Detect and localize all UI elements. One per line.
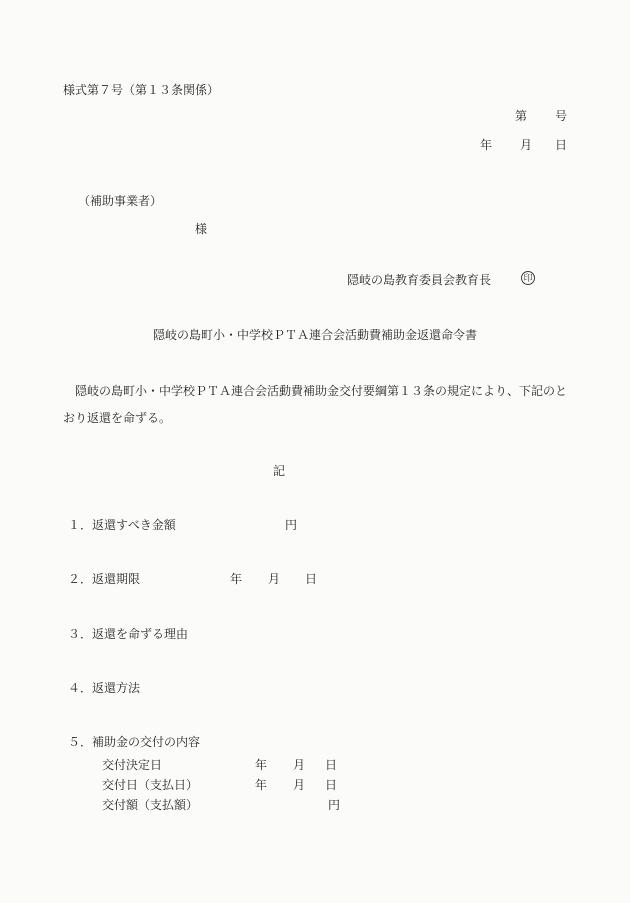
document-page: 様式第７号（第１３条関係） 第 号 年 月 日 （補助事業者） 様 隠岐の島教育… [0, 0, 630, 903]
item-2-year-label: 年 [230, 571, 242, 587]
sub-item-decision-year-label: 年 [255, 757, 267, 773]
sub-item-decision-date-label: 交付決定日 [102, 757, 162, 773]
sub-item-decision-month-label: 月 [293, 757, 305, 773]
issue-date-year-label: 年 [480, 137, 492, 153]
issue-date-day-label: 日 [555, 137, 567, 153]
item-5-label: ５．補助金の交付の内容 [68, 734, 200, 750]
issuer-title: 隠岐の島教育委員会教育長 [347, 272, 491, 288]
item-2-month-label: 月 [268, 571, 280, 587]
doc-number-suffix: 号 [555, 108, 567, 124]
record-heading: 記 [0, 463, 594, 479]
sub-item-amount-yen-label: 円 [328, 797, 340, 813]
sub-item-payment-month-label: 月 [293, 777, 305, 793]
form-number: 様式第７号（第１３条関係） [63, 82, 219, 98]
doc-number-prefix: 第 [515, 108, 527, 124]
item-1-yen-label: 円 [285, 517, 297, 533]
body-paragraph-line-1: 隠岐の島町小・中学校ＰＴＡ連合会活動費補助金交付要綱第１３条の規定により、下記の… [63, 383, 567, 399]
recipient-placeholder-label: （補助事業者） [78, 193, 162, 209]
seal-icon: 印 [521, 271, 535, 285]
issue-date-month-label: 月 [520, 137, 532, 153]
item-1-label: １．返還すべき金額 [68, 517, 176, 533]
document-title: 隠岐の島町小・中学校ＰＴＡ連合会活動費補助金返還命令書 [0, 327, 630, 343]
item-3-label: ３．返還を命ずる理由 [68, 626, 188, 642]
item-4-label: ４．返還方法 [68, 680, 140, 696]
sub-item-payment-day-label: 日 [325, 777, 337, 793]
sub-item-amount-label: 交付額（支払額） [102, 797, 198, 813]
item-2-day-label: 日 [305, 571, 317, 587]
sub-item-payment-date-label: 交付日（支払日） [102, 777, 198, 793]
body-paragraph-line-2: おり返還を命ずる。 [63, 410, 171, 426]
sub-item-payment-year-label: 年 [255, 777, 267, 793]
recipient-honorific: 様 [195, 221, 207, 237]
item-2-label: ２．返還期限 [68, 571, 140, 587]
sub-item-decision-day-label: 日 [325, 757, 337, 773]
